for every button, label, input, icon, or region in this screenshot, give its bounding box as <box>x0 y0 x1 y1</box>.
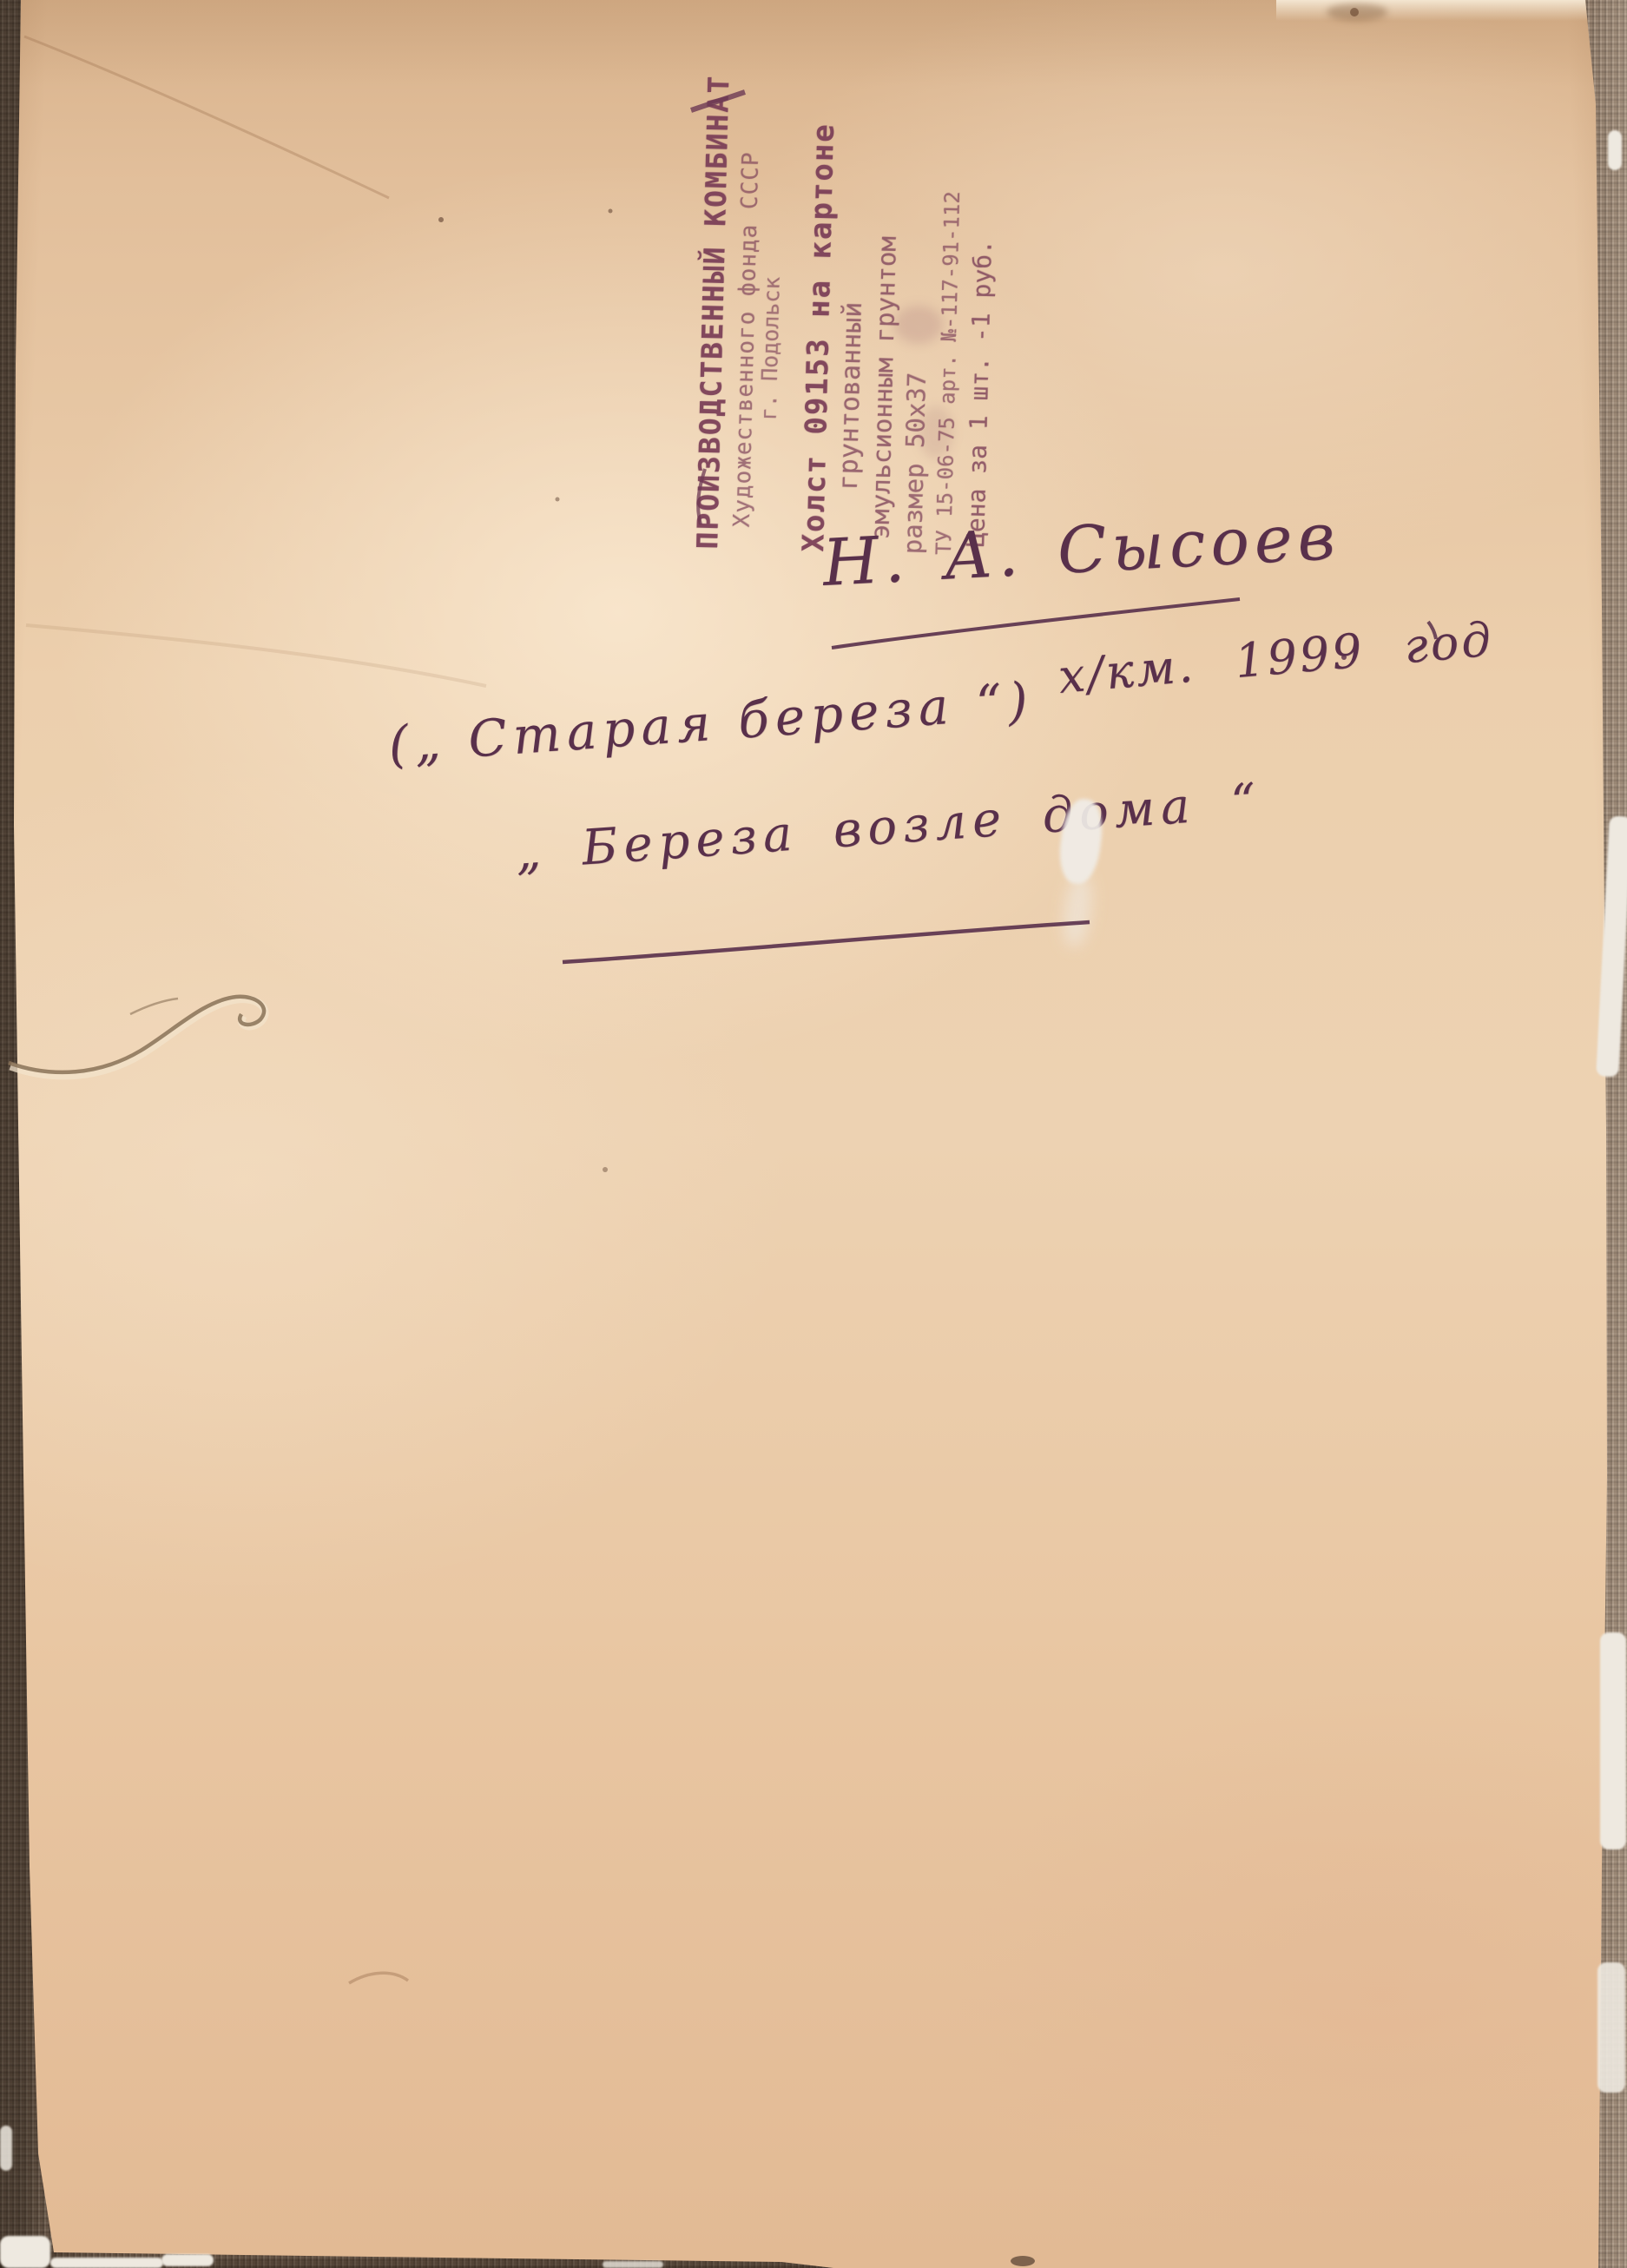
paint-smudge <box>0 2236 50 2268</box>
factory-stamp: ПРОИЗВОДСТВЕННЫЙ КОМБИНАТ Художественног… <box>688 80 1029 551</box>
stamp-line: Цена за 1 шт. -1 руб. <box>963 85 1000 548</box>
paint-smudge <box>0 2126 12 2171</box>
brown-stain <box>1327 3 1387 21</box>
photo-artwork-back: ПРОИЗВОДСТВЕННЫЙ КОМБИНАТ Художественног… <box>0 0 1627 2268</box>
paint-smudge <box>603 2261 663 2268</box>
paint-smudge <box>1597 1962 1625 2093</box>
stamp-line: ПРОИЗВОДСТВЕННЫЙ КОМБИНАТ <box>692 78 734 550</box>
paint-smudge <box>50 2258 163 2268</box>
paint-smudge <box>161 2254 214 2266</box>
cardboard-top-bevel <box>1276 0 1597 21</box>
factory-stamp-text: ПРОИЗВОДСТВЕННЫЙ КОМБИНАТ Художественног… <box>692 78 1044 557</box>
stamp-line: размер 50х37 <box>899 83 939 555</box>
paint-smudge <box>1600 1632 1626 1849</box>
paint-smudge <box>1608 130 1622 170</box>
